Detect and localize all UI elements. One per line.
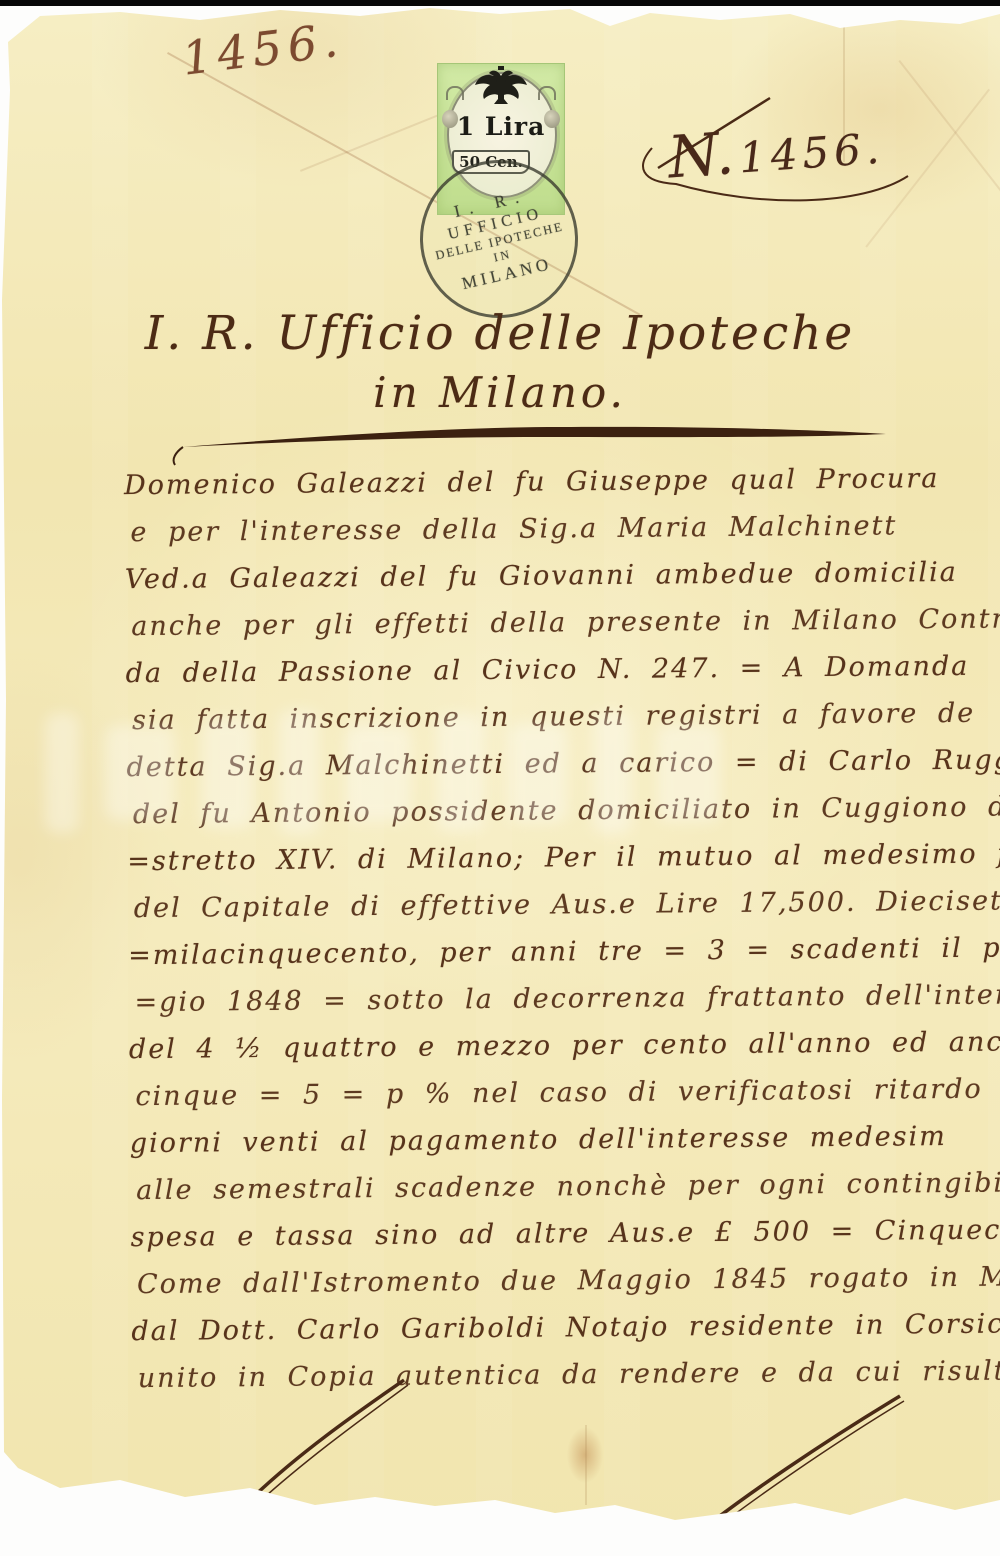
fold-crease — [585, 1425, 587, 1505]
manuscript-line: =stretto XIV. di Milano; Per il mutuo al… — [127, 838, 1000, 893]
manuscript-line: del Capitale di effettive Aus.e Lire 17,… — [134, 885, 1000, 940]
manuscript-line: Domenico Galeazzi del fu Giuseppe qual P… — [124, 462, 1000, 517]
manuscript-line: spesa e tassa sino ad altre Aus.e £ 500 … — [130, 1214, 1000, 1269]
manuscript-paper: 1456. 1 Lira 50 Cen. I. R. UFFICIO DELLE… — [0, 0, 1000, 1556]
manuscript-line: =milacinquecento, per anni tre = 3 = sca… — [128, 932, 1000, 987]
manuscript-line: Come dall'Istromento due Maggio 1845 rog… — [137, 1261, 1000, 1316]
manuscript-body: Domenico Galeazzi del fu Giuseppe qual P… — [124, 462, 1000, 1410]
manuscript-line: giorni venti al pagamento dell'interesse… — [130, 1120, 1000, 1175]
scanned-document-page: 1456. 1 Lira 50 Cen. I. R. UFFICIO DELLE… — [0, 0, 1000, 1556]
scanner-edge-bar — [0, 0, 1000, 6]
manuscript-line: Ved.a Galeazzi del fu Giovanni ambedue d… — [125, 556, 1000, 611]
pencil-crease — [898, 60, 1000, 250]
manuscript-line: e per l'interesse della Sig.a Maria Malc… — [130, 509, 1000, 564]
document-title-line2: in Milano. — [0, 368, 1000, 417]
manuscript-line: detta Sig.a Malchinetti ed a carico = di… — [126, 744, 1000, 799]
double-headed-eagle-icon — [469, 66, 533, 108]
manuscript-line: alle semestrali scadenze nonchè per ogni… — [136, 1167, 1000, 1222]
manuscript-line: unito in Copia autentica da rendere e da… — [138, 1355, 1000, 1410]
registry-number-top-left: 1456. — [179, 12, 346, 85]
scroll-ornament-icon — [538, 86, 556, 100]
manuscript-line: del 4 ½ quattro e mezzo per cento all'an… — [129, 1026, 1000, 1081]
manuscript-line: sia fatta inscrizione in questi registri… — [132, 697, 1000, 752]
scroll-ornament-icon — [446, 86, 464, 100]
heading-underline-flourish — [174, 427, 886, 465]
manuscript-line: da della Passione al Civico N. 247. = A … — [126, 650, 1000, 705]
manuscript-line: del fu Antonio possidente domiciliato in… — [133, 791, 1000, 846]
number-value: 1456. — [737, 124, 885, 183]
pencil-crease — [167, 52, 640, 316]
manuscript-line: dal Dott. Carlo Gariboldi Notajo residen… — [131, 1308, 1000, 1363]
stamp-denomination: 1 Lira — [438, 112, 564, 141]
document-title-line1: I. R. Ufficio delle Ipoteche — [0, 306, 1000, 361]
closing-stroke-right — [688, 1396, 904, 1544]
registry-number-top-right: N. 1456. — [666, 109, 886, 192]
manuscript-line: anche per gli effetti della presente in … — [131, 603, 1000, 658]
number-prefix: N. — [666, 119, 736, 191]
manuscript-line: cinque = 5 = p % nel caso di verificatos… — [135, 1073, 1000, 1128]
manuscript-line: =gio 1848 = sotto la decorrenza frattant… — [134, 979, 1000, 1034]
